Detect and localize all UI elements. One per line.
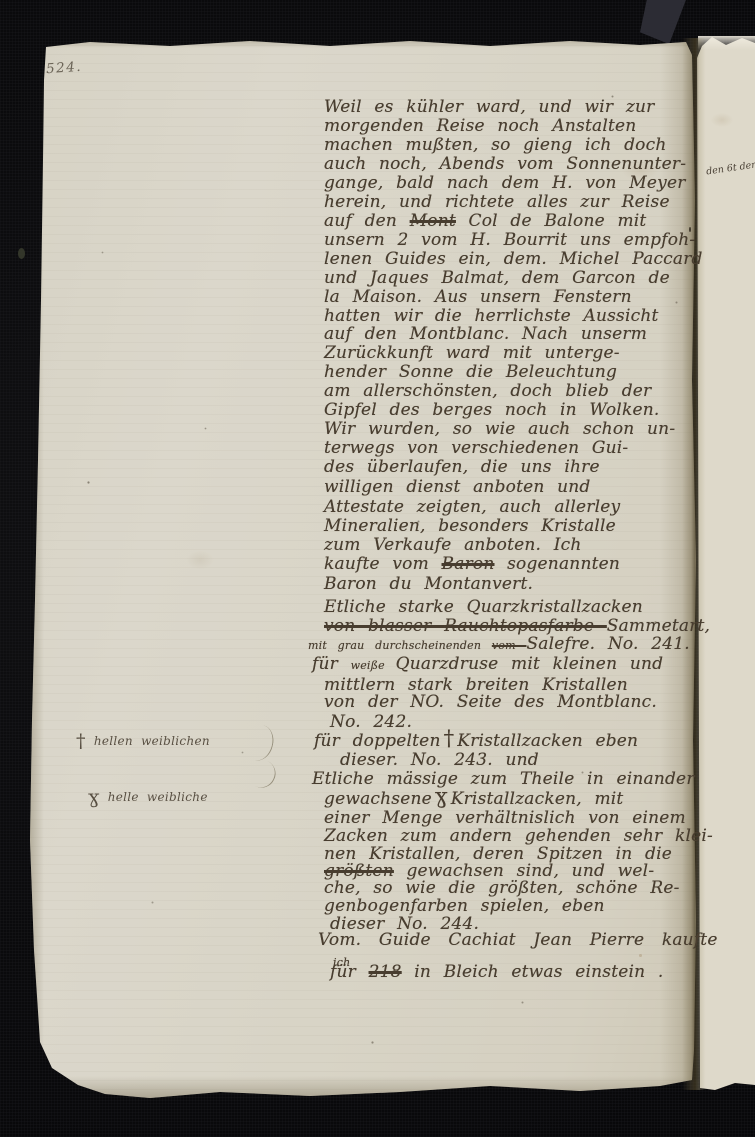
insertion-mark-icon: ɣ [88,786,100,808]
margin-notes-block: †hellen weiblichenɣhelle weibliche [0,0,755,1137]
margin-note-text: helle weibliche [108,790,208,804]
margin-note: ɣhelle weibliche [88,786,208,808]
insertion-mark-icon: † [76,730,86,752]
margin-note-text: hellen weiblichen [94,734,210,748]
scanned-manuscript-photo: 524. den 6t den Weil es kühler ward, und… [0,0,755,1137]
margin-note: †hellen weiblichen [76,730,210,752]
